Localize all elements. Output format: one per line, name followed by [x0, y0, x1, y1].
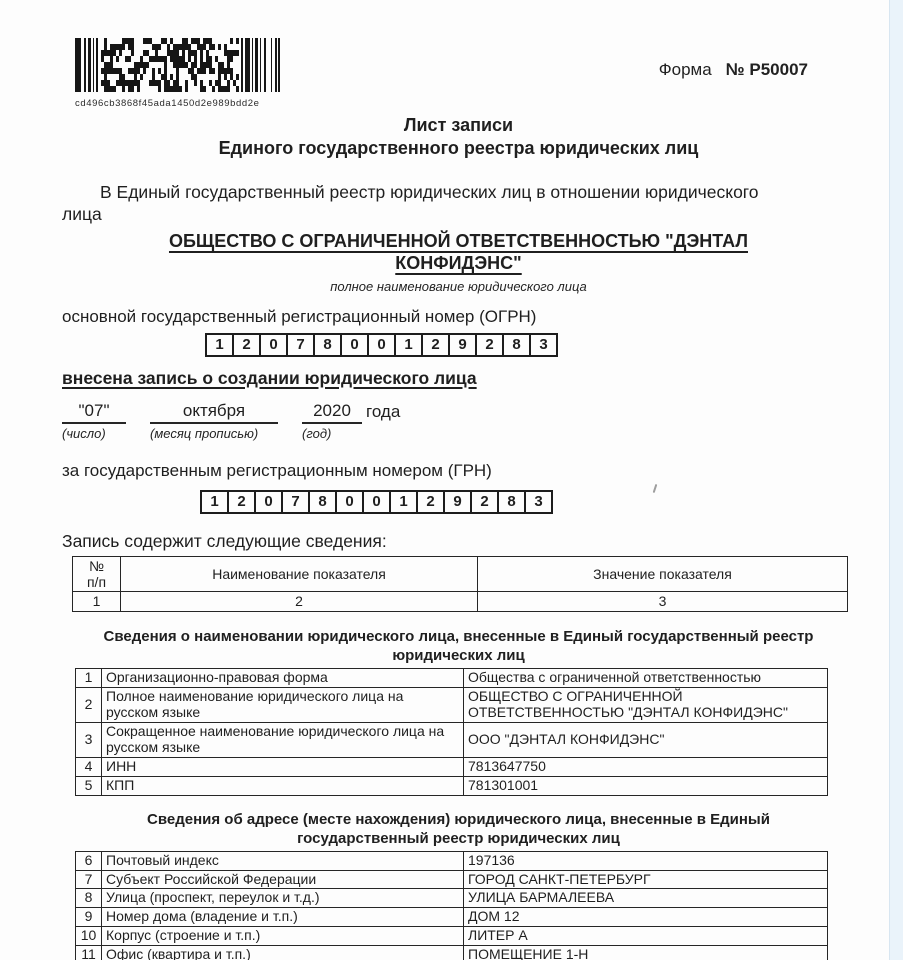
section-title-name-info: Сведения о наименовании юридического лиц…: [86, 627, 831, 666]
barcode-icon: [75, 38, 280, 92]
form-label: Форма: [659, 60, 712, 79]
row-value: УЛИЦА БАРМАЛЕЕВА: [464, 889, 828, 908]
header-col-num: № п/п: [73, 556, 121, 591]
row-num: 10: [76, 927, 102, 946]
company-name: ОБЩЕСТВО С ОГРАНИЧЕННОЙ ОТВЕТСТВЕННОСТЬЮ…: [109, 231, 809, 275]
row-value: ООО "ДЭНТАЛ КОНФИДЭНС": [464, 722, 828, 757]
table-row: 4 ИНН 7813647750: [76, 757, 828, 776]
row-value: 781301001: [464, 776, 828, 795]
ogrn-digit-cell: 3: [529, 333, 558, 357]
row-value: ОБЩЕСТВО С ОГРАНИЧЕННОЙ ОТВЕТСТВЕННОСТЬЮ…: [464, 687, 828, 722]
ogrn-digit-cell: 0: [340, 333, 369, 357]
grn-digit-boxes: 1 2 0 7 8 0 0 1 2 9 2 8 3: [200, 490, 855, 514]
barcode-caption: cd496cb3868f45ada1450d2e989bdd2e: [75, 98, 280, 109]
row-num: 3: [76, 722, 102, 757]
ogrn-digit-boxes: 1 2 0 7 8 0 0 1 2 9 2 8 3: [205, 333, 855, 357]
row-num: 4: [76, 757, 102, 776]
grn-digit-cell: 0: [254, 490, 283, 514]
row-value: ГОРОД САНКТ-ПЕТЕРБУРГ: [464, 870, 828, 889]
grn-digit-cell: 3: [524, 490, 553, 514]
row-value: ПОМЕЩЕНИЕ 1-Н: [464, 946, 828, 960]
document-body: Лист записи Единого государственного рее…: [0, 114, 903, 960]
date-day-field: "07" (число): [62, 401, 126, 441]
row-num: 5: [76, 776, 102, 795]
date-month-field: октября (месяц прописью): [150, 401, 278, 441]
ogrn-digit-cell: 0: [367, 333, 396, 357]
header-index-1: 1: [73, 591, 121, 611]
row-num: 7: [76, 870, 102, 889]
table-row: 1 Организационно-правовая форма Общества…: [76, 668, 828, 687]
document-title-line2: Единого государственного реестра юридиче…: [62, 137, 855, 160]
intro-line2: лица: [62, 204, 855, 226]
grn-digit-cell: 8: [497, 490, 526, 514]
table-row: 9 Номер дома (владение и т.п.) ДОМ 12: [76, 908, 828, 927]
header-index-3: 3: [478, 591, 848, 611]
ogrn-digit-cell: 7: [286, 333, 315, 357]
row-label: Организационно-правовая форма: [102, 668, 464, 687]
row-label: Номер дома (владение и т.п.): [102, 908, 464, 927]
date-month-value: октября: [150, 401, 278, 424]
form-number: № Р50007: [726, 60, 808, 79]
ogrn-digit-cell: 0: [259, 333, 288, 357]
ogrn-digit-cell: 8: [313, 333, 342, 357]
company-name-line1: ОБЩЕСТВО С ОГРАНИЧЕННОЙ ОТВЕТСТВЕННОСТЬЮ…: [169, 231, 748, 251]
row-value: Общества с ограниченной ответственностью: [464, 668, 828, 687]
row-value: ДОМ 12: [464, 908, 828, 927]
grn-digit-cell: 2: [227, 490, 256, 514]
ogrn-digit-cell: 2: [421, 333, 450, 357]
grn-digit-cell: 1: [200, 490, 229, 514]
row-label: Улица (проспект, переулок и т.д.): [102, 889, 464, 908]
ogrn-digit-cell: 2: [475, 333, 504, 357]
record-action-title: внесена запись о создании юридического л…: [62, 368, 477, 389]
row-label: Корпус (строение и т.п.): [102, 927, 464, 946]
ogrn-digit-cell: 9: [448, 333, 477, 357]
company-name-caption: полное наименование юридического лица: [62, 279, 855, 294]
table-row: 6 Почтовый индекс 197136: [76, 851, 828, 870]
row-label: Полное наименование юридического лица на…: [102, 687, 464, 722]
grn-digit-cell: 2: [470, 490, 499, 514]
row-num: 9: [76, 908, 102, 927]
barcode: cd496cb3868f45ada1450d2e989bdd2e: [75, 38, 280, 109]
grn-digit-cell: 7: [281, 490, 310, 514]
row-label: Сокращенное наименование юридического ли…: [102, 722, 464, 757]
section-title-address-info: Сведения об адресе (месте нахождения) юр…: [86, 810, 831, 849]
row-label: Почтовый индекс: [102, 851, 464, 870]
header-col-name: Наименование показателя: [121, 556, 478, 591]
grn-digit-cell: 0: [362, 490, 391, 514]
address-info-table: 6 Почтовый индекс 197136 7 Субъект Росси…: [75, 851, 828, 960]
row-label: КПП: [102, 776, 464, 795]
date-year-value: 2020: [302, 401, 362, 424]
intro-paragraph: В Единый государственный реестр юридичес…: [62, 182, 855, 226]
ogrn-label: основной государственный регистрационный…: [62, 307, 855, 327]
date-day-caption: (число): [62, 426, 126, 441]
row-num: 8: [76, 889, 102, 908]
document-title-line1: Лист записи: [62, 114, 855, 137]
grn-digit-cell: 9: [443, 490, 472, 514]
row-label: Офис (квартира и т.п.): [102, 946, 464, 960]
row-value: 197136: [464, 851, 828, 870]
row-num: 1: [76, 668, 102, 687]
ogrn-digit-cell: 1: [394, 333, 423, 357]
table-row: 3 Сокращенное наименование юридического …: [76, 722, 828, 757]
table-row: 2 Полное наименование юридического лица …: [76, 687, 828, 722]
table-row: 8 Улица (проспект, переулок и т.д.) УЛИЦ…: [76, 889, 828, 908]
row-num: 6: [76, 851, 102, 870]
row-label: Субъект Российской Федерации: [102, 870, 464, 889]
date-year-suffix: года: [366, 402, 400, 424]
row-value: 7813647750: [464, 757, 828, 776]
grn-label: за государственным регистрационным номер…: [62, 461, 855, 481]
name-info-table: 1 Организационно-правовая форма Общества…: [75, 668, 828, 796]
date-day-value: "07": [62, 401, 126, 424]
row-num: 2: [76, 687, 102, 722]
date-year-caption: (год): [302, 426, 400, 441]
ogrn-digit-cell: 1: [205, 333, 234, 357]
ogrn-digit-cell: 8: [502, 333, 531, 357]
document-page: cd496cb3868f45ada1450d2e989bdd2e Форма№ …: [0, 0, 903, 960]
scan-edge: [889, 0, 903, 960]
row-label: ИНН: [102, 757, 464, 776]
header-col-value: Значение показателя: [478, 556, 848, 591]
grn-digit-cell: 1: [389, 490, 418, 514]
row-value: ЛИТЕР А: [464, 927, 828, 946]
intro-line1: В Единый государственный реестр юридичес…: [62, 182, 855, 204]
record-date: "07" (число) октября (месяц прописью) 20…: [62, 401, 855, 441]
grn-digit-cell: 2: [416, 490, 445, 514]
company-name-line2: КОНФИДЭНС": [395, 253, 521, 273]
grn-digit-cell: 0: [335, 490, 364, 514]
form-reference: Форма№ Р50007: [659, 60, 808, 80]
row-num: 11: [76, 946, 102, 960]
table-row: 11 Офис (квартира и т.п.) ПОМЕЩЕНИЕ 1-Н: [76, 946, 828, 960]
table-row: 5 КПП 781301001: [76, 776, 828, 795]
date-year-field: 2020 года (год): [302, 401, 400, 441]
grn-digit-cell: 8: [308, 490, 337, 514]
table-row: 10 Корпус (строение и т.п.) ЛИТЕР А: [76, 927, 828, 946]
header-index-2: 2: [121, 591, 478, 611]
date-month-caption: (месяц прописью): [150, 426, 278, 441]
table-row: 7 Субъект Российской Федерации ГОРОД САН…: [76, 870, 828, 889]
document-title: Лист записи Единого государственного рее…: [62, 114, 855, 160]
columns-header-table: № п/п Наименование показателя Значение п…: [72, 556, 848, 612]
record-contains-label: Запись содержит следующие сведения:: [62, 531, 855, 552]
ogrn-digit-cell: 2: [232, 333, 261, 357]
